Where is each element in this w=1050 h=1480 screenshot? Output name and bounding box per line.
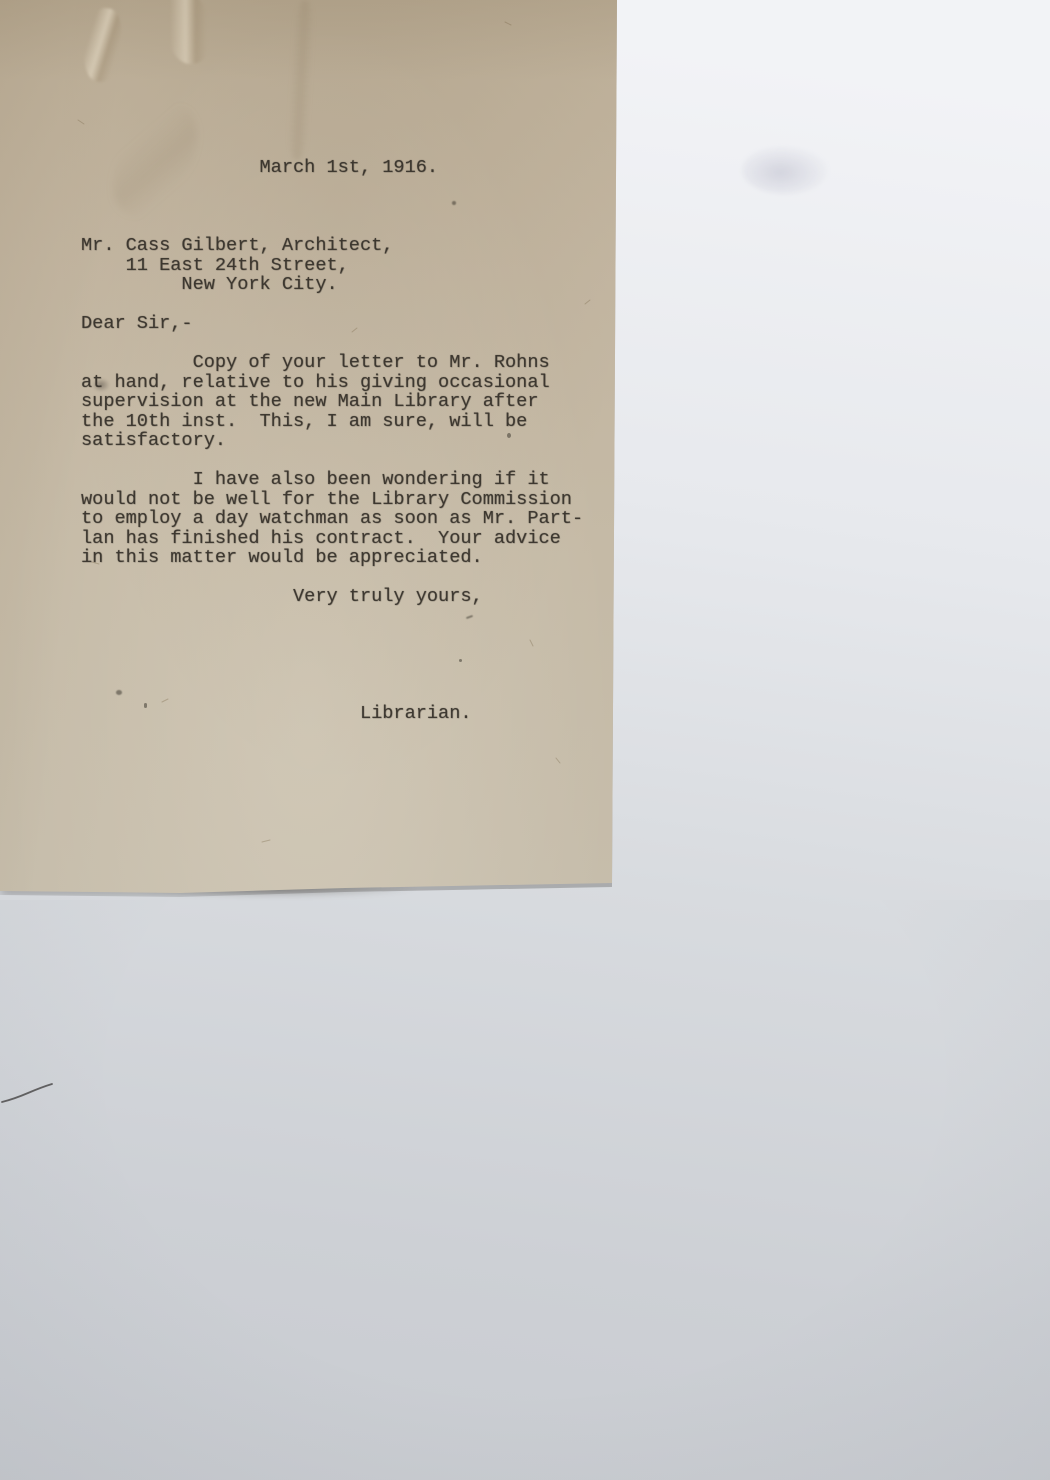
scanned-letter-page: { "letter": { "date": "March 1st, 1916."…: [0, 0, 1050, 1480]
ink-speck: [452, 201, 456, 205]
ink-speck: [144, 703, 147, 708]
letter-paper: March 1st, 1916. Mr. Cass Gilbert, Archi…: [0, 0, 618, 894]
background-vignette: [0, 900, 1050, 1480]
ink-speck: [459, 659, 462, 662]
letter-text: March 1st, 1916. Mr. Cass Gilbert, Archi…: [81, 158, 583, 724]
ink-blotch: [92, 378, 110, 392]
ink-speck: [507, 433, 511, 438]
background-smudge: [742, 146, 828, 194]
ink-speck: [116, 690, 122, 695]
